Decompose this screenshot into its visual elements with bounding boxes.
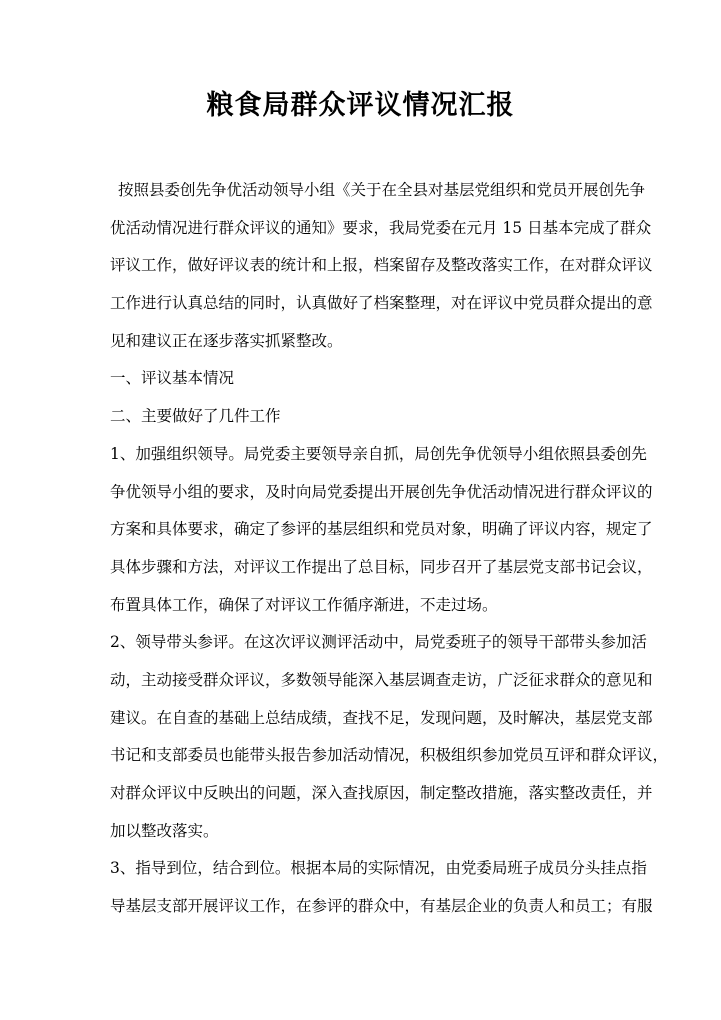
document-page: 粮食局群众评议情况汇报 按照县委创先争优活动领导小组《关于在全县对基层党组织和党… xyxy=(0,0,721,1020)
item-1-line: 方案和具体要求，确定了参评的基层组织和党员对象，明确了评议内容，规定了 xyxy=(110,511,614,549)
item-1-line: 布置具体工作，确保了对评议工作循序渐进，不走过场。 xyxy=(110,587,614,625)
document-body: 按照县委创先争优活动领导小组《关于在全县对基层党组织和党员开展创先争 优活动情况… xyxy=(110,172,614,926)
item-1-line: 争优领导小组的要求，及时向局党委提出开展创先争优活动情况进行群众评议的 xyxy=(110,474,614,512)
intro-paragraph-line: 评议工作，做好评议表的统计和上报，档案留存及整改落实工作，在对群众评议 xyxy=(110,247,614,285)
item-2-line: 建议。在自查的基础上总结成绩，查找不足，发现问题，及时解决，基层党支部 xyxy=(110,700,614,738)
item-2-line: 2、领导带头参评。在这次评议测评活动中，局党委班子的领导干部带头参加活 xyxy=(110,624,614,662)
item-2-line: 书记和支部委员也能带头报告参加活动情况，积极组织参加党员互评和群众评议， xyxy=(110,737,614,775)
intro-paragraph-line: 见和建议正在逐步落实抓紧整改。 xyxy=(110,323,614,361)
item-2-line: 动，主动接受群众评议，多数领导能深入基层调查走访，广泛征求群众的意见和 xyxy=(110,662,614,700)
item-1-line: 具体步骤和方法，对评议工作提出了总目标，同步召开了基层党支部书记会议， xyxy=(110,549,614,587)
intro-paragraph-line: 按照县委创先争优活动领导小组《关于在全县对基层党组织和党员开展创先争 xyxy=(110,172,614,210)
document-title: 粮食局群众评议情况汇报 xyxy=(0,84,721,128)
section-heading-1: 一、评议基本情况 xyxy=(110,360,614,398)
intro-paragraph-line: 工作进行认真总结的同时，认真做好了档案整理，对在评议中党员群众提出的意 xyxy=(110,285,614,323)
intro-paragraph-line: 优活动情况进行群众评议的通知》要求，我局党委在元月 15 日基本完成了群众 xyxy=(110,210,614,248)
item-3-line: 3、指导到位，结合到位。根据本局的实际情况，由党委局班子成员分头挂点指 xyxy=(110,850,614,888)
item-2-line: 加以整改落实。 xyxy=(110,813,614,851)
item-3-line: 导基层支部开展评议工作，在参评的群众中，有基层企业的负责人和员工；有服 xyxy=(110,888,614,926)
item-1-line: 1、加强组织领导。局党委主要领导亲自抓，局创先争优领导小组依照县委创先 xyxy=(110,436,614,474)
section-heading-2: 二、主要做好了几件工作 xyxy=(110,398,614,436)
item-2-line: 对群众评议中反映出的问题，深入查找原因，制定整改措施，落实整改责任，并 xyxy=(110,775,614,813)
